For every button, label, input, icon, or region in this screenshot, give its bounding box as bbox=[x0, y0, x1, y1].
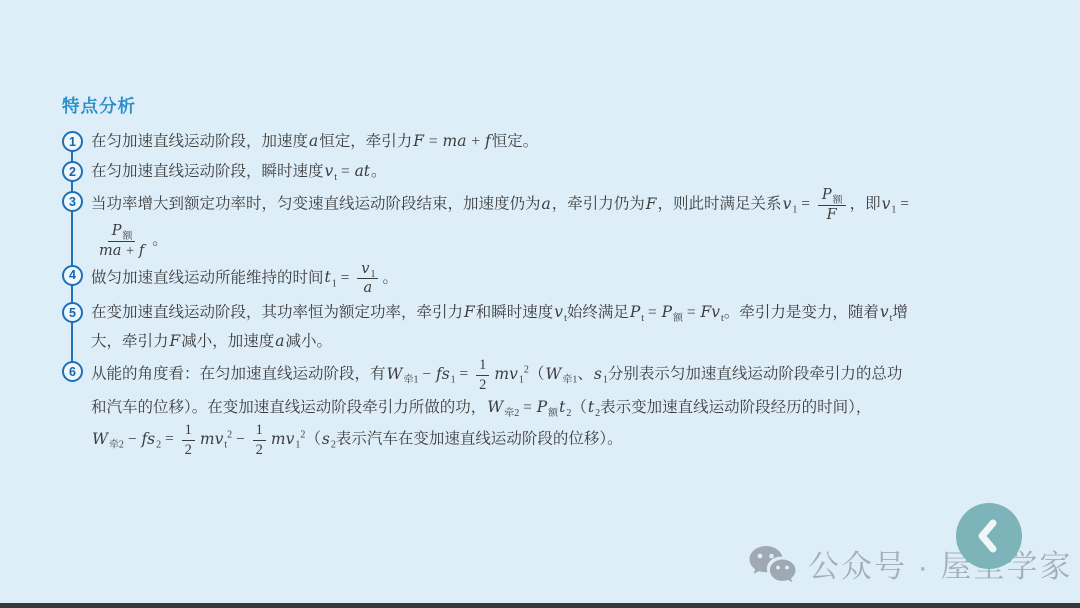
list-item: 2 在匀加速直线运动阶段，瞬时速度vt = at。 bbox=[62, 157, 1014, 186]
wechat-icon bbox=[748, 544, 796, 584]
list-item: 4 做匀加速直线运动所能维持的时间t1 = v1a。 bbox=[62, 261, 1014, 297]
list-item: 5 在变加速直线运动阶段，其功率恒为额定功率，牵引力F和瞬时速度vt始终满足Pt… bbox=[62, 298, 1014, 356]
watermark-text: 公众号 · 屋里学家 bbox=[808, 541, 1073, 586]
item-number-badge: 1 bbox=[62, 131, 83, 152]
item-text: 当功率增大到额定功率时，匀变速直线运动阶段结束，加速度仍为a，牵引力仍为F，则此… bbox=[91, 187, 1014, 260]
item-number-badge: 2 bbox=[62, 161, 83, 182]
item-number-badge: 4 bbox=[62, 265, 83, 286]
item-text: 从能的角度看：在匀加速直线运动阶段，有W牵1 − fs1 = 12mv12（W牵… bbox=[91, 357, 1014, 459]
item-number-badge: 5 bbox=[62, 302, 83, 323]
item-text: 在变加速直线运动阶段，其功率恒为额定功率，牵引力F和瞬时速度vt始终满足Pt =… bbox=[91, 298, 1014, 356]
item-text: 在匀加速直线运动阶段，加速度a恒定，牵引力F = ma + f恒定。 bbox=[91, 127, 1014, 156]
list-item: 6 从能的角度看：在匀加速直线运动阶段，有W牵1 − fs1 = 12mv12（… bbox=[62, 357, 1014, 459]
item-text: 做匀加速直线运动所能维持的时间t1 = v1a。 bbox=[91, 261, 1014, 297]
item-number-badge: 3 bbox=[62, 191, 83, 212]
page-title: 特点分析 bbox=[62, 93, 1014, 118]
chevron-left-icon bbox=[969, 516, 1009, 556]
item-text: 在匀加速直线运动阶段，瞬时速度vt = at。 bbox=[91, 157, 1014, 186]
back-button[interactable] bbox=[956, 503, 1022, 569]
list-item: 3 当功率增大到额定功率时，匀变速直线运动阶段结束，加速度仍为a，牵引力仍为F，… bbox=[62, 187, 1014, 260]
feature-list: 1 在匀加速直线运动阶段，加速度a恒定，牵引力F = ma + f恒定。 2 在… bbox=[62, 127, 1014, 459]
bottom-bar bbox=[0, 603, 1080, 608]
item-number-badge: 6 bbox=[62, 361, 83, 382]
slide-content: 特点分析 1 在匀加速直线运动阶段，加速度a恒定，牵引力F = ma + f恒定… bbox=[62, 93, 1014, 460]
watermark: 公众号 · 屋里学家 bbox=[748, 541, 1073, 586]
list-item: 1 在匀加速直线运动阶段，加速度a恒定，牵引力F = ma + f恒定。 bbox=[62, 127, 1014, 156]
